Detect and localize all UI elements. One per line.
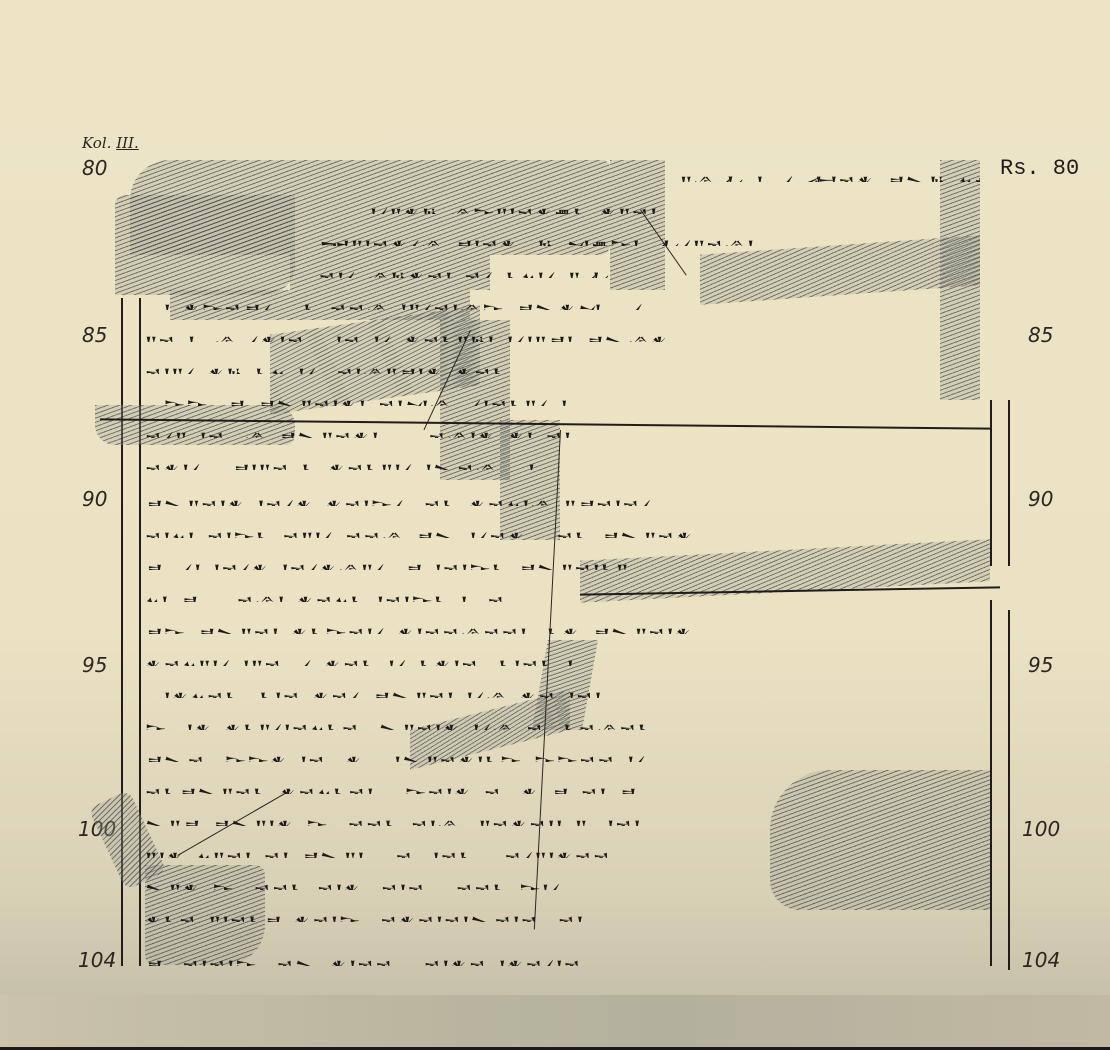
- cuneiform-line: 𒋗𒄿 𒋗𒉌𒀀𒂊𒁹 𒀭𒈨𒄿𒂊𒁹𒌋 𒀭𒁹𒂊𒂊𒈾𒂊𒂊𒁹𒀸𒈨𒀭 𒋗𒉌𒀀𒂊𒁹𒀭: [145, 614, 990, 634]
- cuneiform-line: 𒀸𒄿𒄿𒀸𒋗 𒋗𒉌𒀀𒂊𒁹𒀭𒁹 𒂊𒁹𒁺𒈾𒀸𒌋𒁹𒂊𒈨𒀀𒌋 𒁹: [145, 386, 990, 406]
- right-outer-rule-lower: [1008, 610, 1010, 970]
- line-number-right: 90: [1028, 487, 1053, 511]
- line-number-right: 95: [1028, 653, 1053, 677]
- cuneiform-line: 𒆳𒁹 𒋗𒀸𒀸𒂊𒈾𒁹 𒀭𒂊𒆳𒈨 𒁹𒂊𒁹𒄿𒈨 𒁹𒀸𒂊: [145, 582, 990, 602]
- cuneiform-line: 𒉌𒀀𒀭 𒄿𒀸𒂊𒂊𒈨 𒂊𒁹𒀭𒀸𒂊𒁹𒂊 𒀸𒂊𒂊𒈨 𒄿𒁹𒌋: [145, 870, 990, 890]
- column-label-roman: III.: [116, 134, 139, 152]
- scan-bottom-margin: [0, 995, 1110, 1047]
- line-number-right: 85: [1028, 323, 1053, 347]
- right-outer-rule-upper: [1008, 400, 1010, 566]
- cuneiform-line: 𒂊𒌋𒀀 𒁹𒂊𒀸𒈾 𒋗𒉌𒀀𒂊𒀭𒁹 𒀸𒀸𒂊𒈾𒁹𒀭 𒀭𒁹 𒂊𒁹: [145, 418, 990, 438]
- cuneiform-line: 𒉌𒀀𒋗 𒋗𒉌𒀀𒁹𒀭 𒄿𒀸𒂊𒂊𒈨 𒂊𒁹𒈾𒀸𒀀𒂊𒀭𒂊𒁹𒁹 𒀀𒀸𒁹𒂊𒁹: [145, 806, 990, 826]
- cuneiform-line: 𒀸𒂊𒁹𒌋 𒈾𒃻𒀭𒂊𒁹 𒂊𒌋 𒈨𒆳𒁹𒌋 𒀀𒋾: [300, 258, 980, 278]
- cuneiform-line: 𒋗𒉌𒀀𒂊𒁹𒀭 𒁹𒂊𒌋𒀭 𒀭𒂊𒁹𒄿𒌋𒀸𒂊𒈨 𒀭𒂊𒆳𒁹𒈾 𒀀𒋗𒂊𒁹𒂊𒌋: [145, 486, 990, 506]
- line-number-left: 85: [82, 323, 107, 347]
- column-label-prefix: Kol.: [82, 134, 111, 152]
- line-number-right: 104: [1022, 948, 1060, 972]
- column-label: Kol. III.: [82, 134, 139, 152]
- cuneiform-line: 𒂊𒁹𒆳𒁹 𒂊𒁹𒄿𒈨 𒂊𒀀𒁹𒌋 𒂊𒂊𒈾 𒋗𒉌 𒁹𒌋𒂊𒀭 𒀸𒂊𒈨 𒋗𒉌𒀀𒂊𒀭: [145, 518, 990, 538]
- cuneiform-line: 𒂊𒈨𒋗𒉌𒀀𒂊𒈨 𒀭𒂊𒆳𒈨𒂊𒁹𒀸 𒄿𒂊𒁹𒀭 𒂊𒀸𒀭 𒋗 𒂊𒁹 𒋗: [145, 774, 990, 794]
- cuneiform-line: 𒀀𒂊 𒁹𒀸𒈾 𒌋𒀭𒁹𒂊𒀸 𒁹𒂊 𒁹𒌋 𒀭𒂊𒈨𒀀𒃻𒁹 𒁹𒌋𒁹𒀀𒋗𒁹 𒋗𒉌𒈾𒀭: [145, 322, 990, 342]
- cuneiform-line: 𒋗𒉌𒂊𒀸𒄿𒄿𒀭 𒁹𒂊𒀸𒀭𒀸 𒁹𒉌𒀀𒂊𒀭𒁹𒈨𒄿 𒄿𒄿𒂊𒂊 𒁹𒌋: [145, 742, 990, 762]
- cuneiform-line: 𒋗𒀸𒌋𒁹 𒁹𒂊𒌋𒀭 𒁹𒂊𒌋𒀭𒈾𒀀𒌋𒀸𒋗 𒁹𒂊𒁹𒄿𒈨 𒋗𒉌𒀀𒂊𒁹𒈨𒀀: [145, 550, 990, 570]
- cuneiform-line: 𒂊𒁹𒀀𒌋 𒀭𒃻 𒈨𒆳 𒁹𒌋𒀸𒂊𒁹𒈾𒀀𒋗𒁹𒀭 𒀭𒂊𒈨: [145, 354, 990, 374]
- cuneiform-line: 𒂊𒀭𒁹𒌋𒀸 𒋗𒁹𒀀𒂊 𒈨 𒀭𒂊𒈨𒀀𒁹𒌋 𒁹𒉌𒂊𒈾𒀸 𒁹: [145, 450, 990, 470]
- line-number-left: 80: [82, 156, 107, 180]
- right-inner-rule-lower: [990, 600, 992, 966]
- cuneiform-line: 𒀭𒈨𒂊 𒀀𒁹𒂊𒈨𒋗 𒀭𒂊𒁹𒄿𒀸𒂊𒀭𒂊𒁹𒂊𒁹𒉌𒂊𒁹𒂊𒀸𒂊𒁹: [145, 902, 990, 922]
- cuneiform-line: 𒀀𒁹𒀭 𒆳𒀀𒂊𒁹 𒂊𒁹 𒋗𒉌𒀀𒁹𒀸 𒂊𒀸𒁹𒂊𒈨𒀸 𒂊𒌋𒀀𒁹𒀭𒂊𒂊: [145, 838, 990, 858]
- damage-hatching: [115, 195, 295, 295]
- cuneiform-line: 𒀀𒈾𒋾 𒁹𒀸𒌋 𒅗𒂊𒀭 𒋗𒉌𒃻 𒆳𒌑 𒁺𒉿𒀸𒄿𒀀𒋗: [680, 162, 980, 182]
- cuneiform-line: 𒁹𒌋𒀀𒀭𒃻 𒈾𒄿𒀀𒁹𒂊𒀭𒌑𒈨 𒀭𒀀𒂊𒁹: [370, 194, 980, 214]
- cuneiform-line: 𒉈𒀀𒁹𒂊𒀭𒌋𒈾 𒋗𒁹𒂊𒀭𒀸𒃻 𒁺𒌑𒄿𒁹 𒋾𒌋𒀀𒂊𒈾𒁹: [320, 226, 980, 246]
- line-number-left: 95: [82, 653, 107, 677]
- line-number-right: 100: [1022, 817, 1060, 841]
- line-number-left: 90: [82, 487, 107, 511]
- line-number-left: 104: [78, 948, 116, 972]
- cuneiform-line: 𒀭𒂊𒆳𒀀𒁹𒌋 𒁹𒀀𒂊𒀸𒌋 𒀭𒂊𒈨 𒁹𒌋 𒈨𒀭𒁹𒂊𒀸𒈨𒁹𒂊𒈨 𒁹: [145, 646, 990, 666]
- cuneiform-line: 𒀸𒁹 𒀭𒄿𒂊𒋗𒌋𒀸 𒈨 𒂊𒂊𒈾 𒁹𒀀𒌋𒂊𒁹𒈾𒄿 𒋗𒉌𒀭𒁺 𒀸𒌋: [145, 290, 990, 310]
- cuneiform-line: 𒋗𒀸𒂊𒁹𒂊𒁹𒄿𒀸𒂊𒉌 𒀭𒁹𒂊𒂊𒀸 𒂊𒁹𒀭𒂊 𒁹𒀭𒂊𒌋𒁹𒂊 𒀸: [145, 946, 990, 966]
- reverse-label: Rs. 80: [1000, 156, 1079, 181]
- cuneiform-line: 𒀸𒁹𒀭𒆳𒂊𒈨𒀸𒈨𒁹𒂊 𒀭𒂊𒌋 𒋗𒉌𒀀𒂊𒁹 𒁹𒌋𒈾 𒀭𒂊 𒁹𒂊𒁹: [145, 678, 990, 698]
- cuneiform-line: 𒄿𒀸𒁹𒀭 𒀭𒈨𒀀𒌋𒁹𒂊𒆳𒈨𒂊𒀸𒉌𒀀𒂊𒁹𒀭 𒁹𒌋𒈾 𒂊𒀸𒈨𒂊𒈾𒂊𒈨: [145, 710, 990, 730]
- right-inner-rule-upper: [990, 400, 992, 566]
